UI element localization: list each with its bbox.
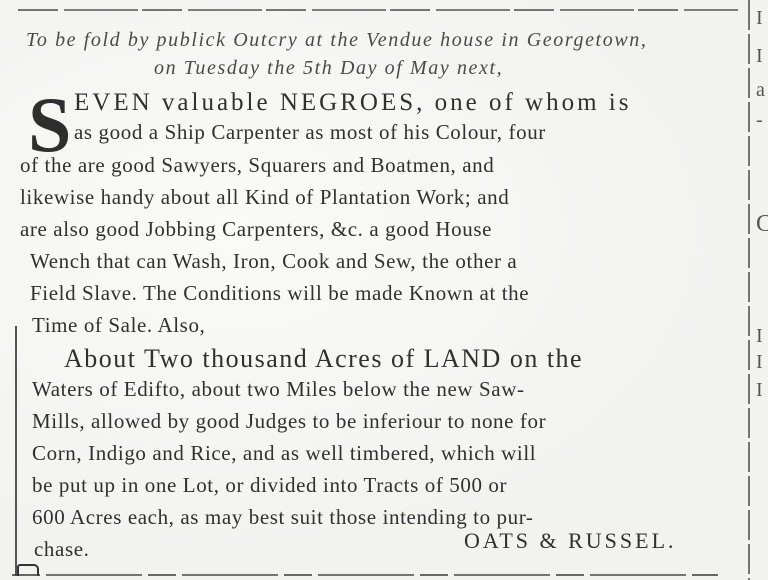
body-line: EVEN valuable NEGROES, one of whom is bbox=[74, 90, 631, 115]
body-line: as good a Ship Carpenter as most of his … bbox=[74, 122, 546, 143]
fragment: I bbox=[756, 46, 763, 66]
adjacent-column-fragments: I I a - C I I I bbox=[754, 0, 768, 580]
top-rule bbox=[18, 9, 738, 11]
land-line: About Two thousand Acres of LAND on the bbox=[64, 346, 583, 372]
land-line: chase. bbox=[34, 539, 90, 560]
fragment: I bbox=[756, 352, 763, 372]
body-line: are also good Jobbing Carpenters, &c. a … bbox=[20, 219, 492, 240]
body-line: Wench that can Wash, Iron, Cook and Sew,… bbox=[30, 251, 517, 272]
fragment: - bbox=[756, 110, 763, 130]
land-line: Mills, allowed by good Judges to be infe… bbox=[32, 411, 546, 432]
body-line: Field Slave. The Conditions will be made… bbox=[30, 283, 529, 304]
body-line: Time of Sale. Also, bbox=[32, 315, 205, 336]
land-line: be put up in one Lot, or divided into Tr… bbox=[32, 475, 507, 496]
body-line: likewise handy about all Kind of Plantat… bbox=[20, 187, 509, 208]
printer-corner-mark bbox=[17, 564, 39, 576]
ad-header-line-1: To be fold by publick Outcry at the Vend… bbox=[26, 30, 647, 50]
bottom-rule bbox=[12, 574, 718, 576]
advertiser-signature: OATS & RUSSEL. bbox=[464, 530, 677, 552]
fragment: a bbox=[756, 80, 765, 100]
body-line: of the are good Sawyers, Squarers and Bo… bbox=[20, 155, 494, 176]
ad-header-line-2: on Tuesday the 5th Day of May next, bbox=[154, 58, 503, 78]
fragment: I bbox=[756, 326, 763, 346]
land-line: Waters of Edifto, about two Miles below … bbox=[32, 379, 525, 400]
left-column-rule bbox=[15, 326, 17, 576]
fragment: I bbox=[756, 8, 763, 28]
land-line: 600 Acres each, as may best suit those i… bbox=[32, 507, 534, 528]
right-column-rule bbox=[748, 0, 750, 580]
fragment: I bbox=[756, 380, 763, 400]
newspaper-page: I I a - C I I I To be fold by publick Ou… bbox=[0, 0, 768, 580]
land-line: Corn, Indigo and Rice, and as well timbe… bbox=[32, 443, 536, 464]
fragment: C bbox=[756, 212, 768, 236]
